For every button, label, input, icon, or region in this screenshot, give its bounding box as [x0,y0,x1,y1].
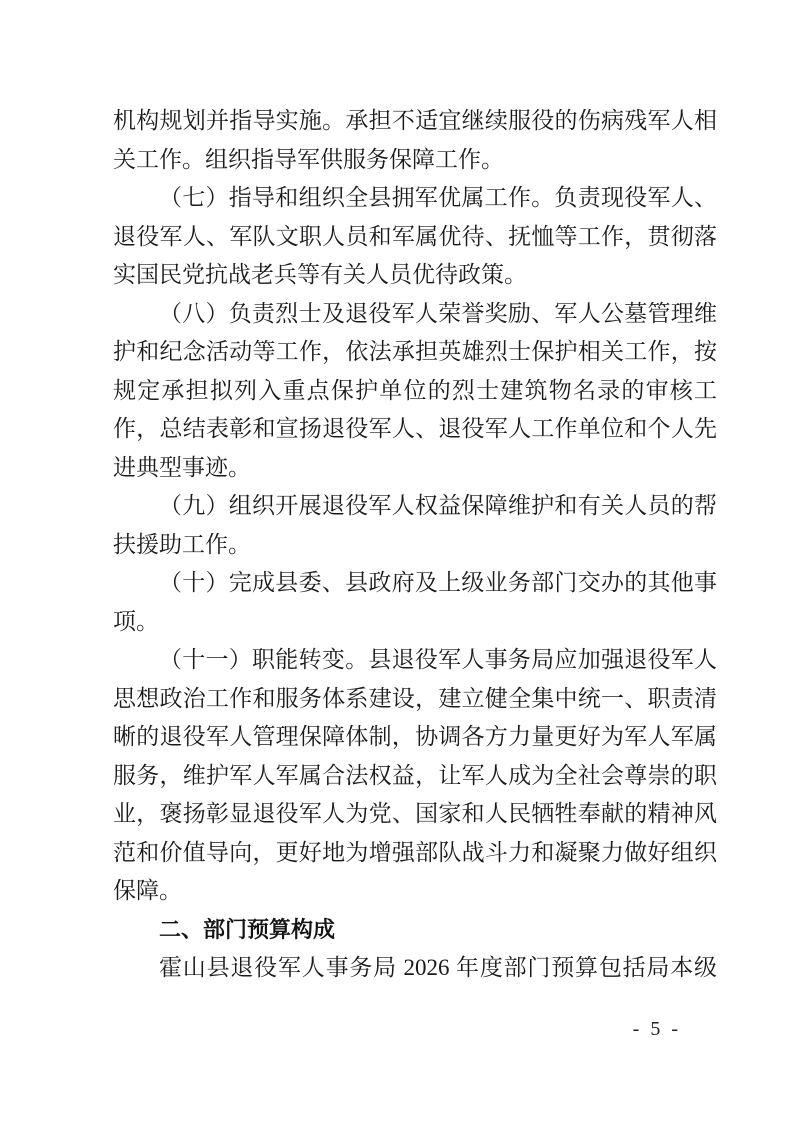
document-page: 机构规划并指导实施。承担不适宜继续服役的伤病残军人相关工作。组织指导军供服务保障… [0,0,793,1122]
body-paragraph-budget-intro: 霍山县退役军人事务局 2026 年度部门预算包括局本级 [113,949,717,988]
body-paragraph-continuation: 机构规划并指导实施。承担不适宜继续服役的伤病残军人相关工作。组织指导军供服务保障… [113,102,717,179]
body-paragraph-item-11: （十一）职能转变。县退役军人事务局应加强退役军人思想政治工作和服务体系建设，建立… [113,641,717,911]
page-number: - 5 - [633,1016,681,1042]
body-paragraph-item-8: （八）负责烈士及退役军人荣誉奖励、军人公墓管理维护和纪念活动等工作，依法承担英雄… [113,295,717,488]
section-heading-budget-composition: 二、部门预算构成 [113,911,717,950]
document-body: 机构规划并指导实施。承担不适宜继续服役的伤病残军人相关工作。组织指导军供服务保障… [113,102,717,988]
body-paragraph-item-9: （九）组织开展退役军人权益保障维护和有关人员的帮扶援助工作。 [113,487,717,564]
body-paragraph-item-10: （十）完成县委、县政府及上级业务部门交办的其他事项。 [113,564,717,641]
body-paragraph-item-7: （七）指导和组织全县拥军优属工作。负责现役军人、退役军人、军队文职人员和军属优待… [113,179,717,295]
